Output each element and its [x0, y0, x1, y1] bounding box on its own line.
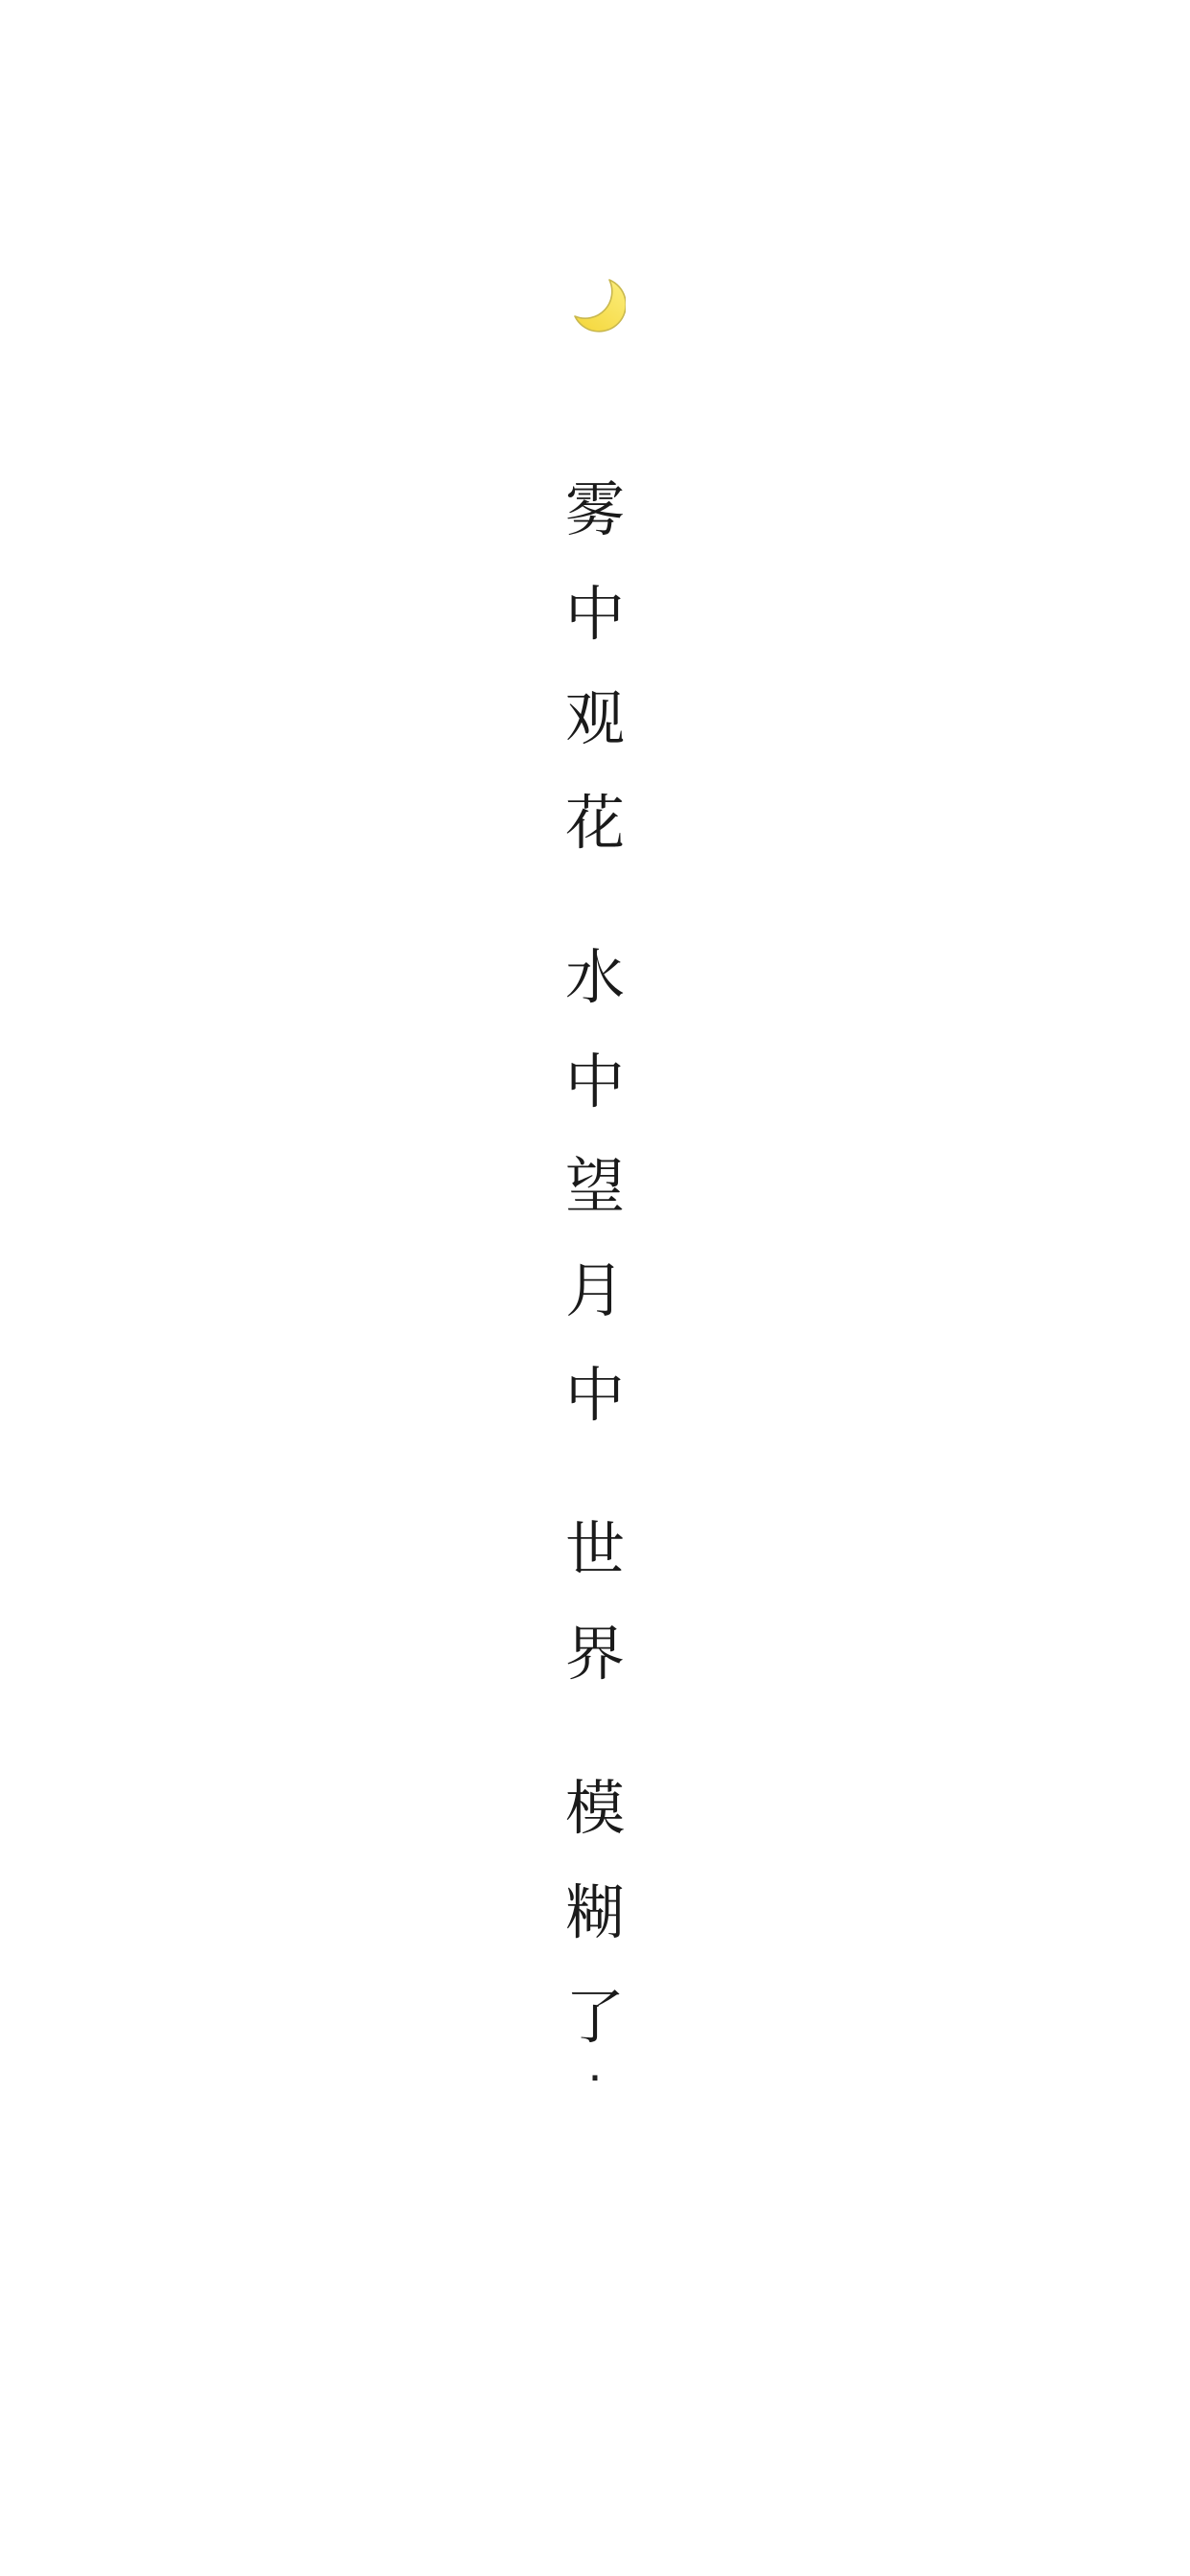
poem-char: 雾: [0, 458, 1190, 563]
poem-column: 雾 中 观 花 水 中 望 月 中 世 界 模 糊 了: [0, 458, 1190, 2070]
poem-char: 模: [0, 1757, 1190, 1861]
poem-char: 中: [0, 1344, 1190, 1448]
poem-char: 中: [0, 563, 1190, 667]
poem-phrase-gap: [0, 1448, 1190, 1498]
poem-char: 望: [0, 1135, 1190, 1239]
poem-char: 糊: [0, 1861, 1190, 1966]
poem-char: 观: [0, 667, 1190, 771]
poem-char: 月: [0, 1239, 1190, 1344]
poem-phrase-gap: [0, 1707, 1190, 1757]
poem-phrase-gap: [0, 876, 1190, 926]
poem-char: 水: [0, 926, 1190, 1030]
poem-char: 花: [0, 771, 1190, 876]
crescent-moon-icon: [566, 265, 626, 336]
wallpaper-canvas: 雾 中 观 花 水 中 望 月 中 世 界 模 糊 了 .: [0, 0, 1190, 2576]
poem-char: 世: [0, 1498, 1190, 1602]
period-mark: .: [0, 2039, 1190, 2089]
poem-char: 中: [0, 1030, 1190, 1135]
poem-char: 界: [0, 1602, 1190, 1707]
